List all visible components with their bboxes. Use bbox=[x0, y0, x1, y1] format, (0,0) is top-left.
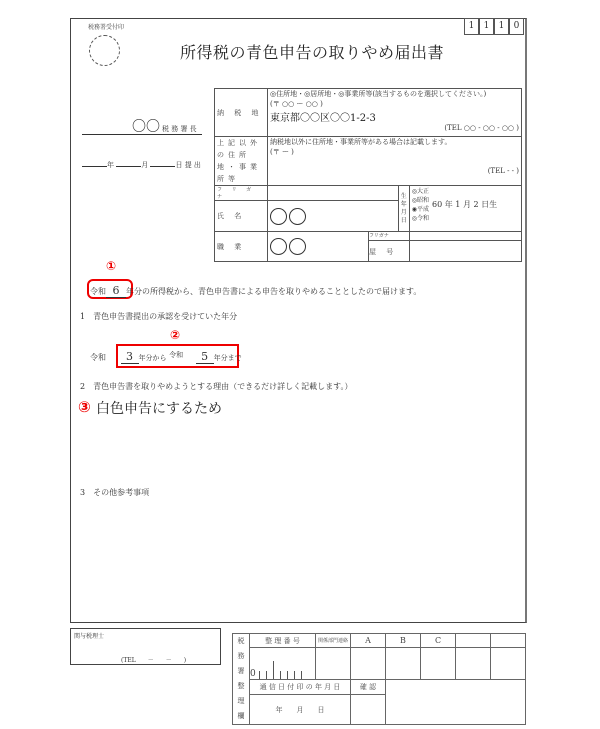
era-option[interactable]: ◎令和 bbox=[412, 213, 429, 222]
header-blank bbox=[491, 634, 526, 648]
form-code-digit: 1 bbox=[464, 18, 479, 35]
statement-line: 令和6年分の所得税から、青色申告書による申告を取りやめることとしたので届けます。 bbox=[90, 284, 421, 298]
tax-office-suffix: 税 務 署 長 bbox=[162, 124, 197, 134]
header-reference-number: 整 理 番 号 bbox=[250, 634, 316, 648]
other-address-field[interactable]: 納税地以外に住所地・事業所等がある場合は記載します。 (〒 ー ) (TEL -… bbox=[268, 137, 522, 186]
header-blank bbox=[456, 634, 491, 648]
shop-furigana-label: フリガナ bbox=[369, 232, 409, 241]
tax-office-name: 〇〇 bbox=[132, 116, 160, 136]
other-notes-field[interactable] bbox=[80, 500, 520, 615]
era-label: 令和 bbox=[90, 287, 106, 296]
from-suffix: 年分から bbox=[139, 354, 167, 362]
name-label: 氏 名 bbox=[215, 201, 268, 232]
address-options[interactable]: ◎住所地・◎居所地・◎事業所等(該当するものを選択してください。) bbox=[270, 89, 519, 99]
form-code-digit: 1 bbox=[494, 18, 509, 35]
year-from-input[interactable]: 3 bbox=[121, 350, 139, 364]
marker-1: ① bbox=[106, 259, 116, 273]
form-code-digit: 0 bbox=[509, 18, 524, 35]
form-title: 所得税の青色申告の取りやめ届出書 bbox=[180, 40, 444, 63]
year-label: 年 bbox=[107, 161, 114, 169]
occupation-label: 職 業 bbox=[215, 232, 268, 262]
section-2-heading: 2 青色申告書を取りやめようとする理由（できるだけ詳しく記載します。） bbox=[80, 381, 352, 392]
other-tel: (TEL - - ) bbox=[270, 167, 519, 175]
address-field[interactable]: ◎住所地・◎居所地・◎事業所等(該当するものを選択してください。) (〒 ○○ … bbox=[268, 89, 522, 137]
tel-value: (TEL ○○ - ○○ - ○○ ) bbox=[270, 124, 519, 132]
reason-input[interactable]: 白色申告にするため bbox=[96, 398, 222, 418]
accountant-label: 関与税理士 bbox=[74, 631, 104, 640]
stamp-label: 税務署受付印 bbox=[88, 22, 124, 31]
receipt-stamp bbox=[89, 35, 120, 66]
number-prefix: 0 bbox=[250, 669, 256, 679]
era-option[interactable]: ◎大正 bbox=[412, 186, 429, 195]
start-year-input[interactable]: 6 bbox=[106, 284, 126, 298]
other-address-note: 納税地以外に住所地・事業所等がある場合は記載します。 bbox=[270, 137, 519, 147]
department-field[interactable] bbox=[316, 648, 351, 680]
occupation-field[interactable] bbox=[268, 232, 369, 262]
blank-area bbox=[386, 680, 526, 725]
address-label: 納 税 地 bbox=[215, 89, 268, 137]
era-from: 令和 bbox=[90, 353, 106, 362]
birth-label: 生年月日 bbox=[398, 186, 409, 232]
name-field[interactable] bbox=[268, 201, 399, 232]
shop-label: 屋 号 bbox=[369, 241, 409, 257]
header-department: 関係部門連絡 bbox=[316, 634, 351, 648]
day-label: 日 提 出 bbox=[175, 161, 200, 169]
c-field[interactable] bbox=[421, 648, 456, 680]
to-suffix: 年分まで bbox=[214, 354, 242, 362]
shop-field[interactable] bbox=[409, 232, 521, 262]
birth-value: 60 年 1 月 2 日生 bbox=[432, 199, 497, 210]
blank-field[interactable] bbox=[491, 648, 526, 680]
header-b: B bbox=[386, 634, 421, 648]
other-address-label: 上記以外の住所地・事業所等 bbox=[215, 137, 268, 186]
approval-period: 令和 3年分から 令和 5年分まで bbox=[90, 350, 242, 364]
era-option[interactable]: ◎昭和 bbox=[412, 195, 429, 204]
office-use-table: 税務署整理欄 整 理 番 号 関係部門連絡 A B C 0 通 信 日 付 印 … bbox=[232, 633, 526, 725]
section-1-heading: 1 青色申告書提出の承認を受けていた年分 bbox=[80, 311, 237, 322]
era-option[interactable]: ◉平成 bbox=[412, 204, 429, 213]
accountant-tel: (TEL － － ) bbox=[121, 655, 186, 664]
postal-code: (〒 ○○ ー ○○ ) bbox=[270, 99, 519, 109]
taxpayer-info-table: 納 税 地 ◎住所地・◎居所地・◎事業所等(該当するものを選択してください。) … bbox=[214, 88, 522, 262]
date-stamp-field[interactable]: 年 月 日 bbox=[250, 695, 351, 725]
blank-field[interactable] bbox=[456, 648, 491, 680]
header-c: C bbox=[421, 634, 456, 648]
confirm-header: 確 認 bbox=[351, 680, 386, 695]
birthdate-field[interactable]: ◎大正 ◎昭和 ◉平成 ◎令和 60 年 1 月 2 日生 bbox=[409, 186, 521, 232]
confirm-field[interactable] bbox=[351, 695, 386, 725]
statement-text: 年分の所得税から、青色申告書による申告を取りやめることとしたので届けます。 bbox=[126, 287, 421, 296]
tax-office-field[interactable]: 〇〇 税 務 署 長 bbox=[82, 118, 202, 135]
submission-date[interactable]: 年 月 日 提 出 bbox=[82, 160, 201, 170]
accountant-box[interactable]: 関与税理士 (TEL － － ) bbox=[70, 628, 221, 665]
marker-3: ③ bbox=[78, 398, 91, 416]
b-field[interactable] bbox=[386, 648, 421, 680]
form-code-digit: 1 bbox=[479, 18, 494, 35]
address-value: 東京都〇〇区〇〇1-2-3 bbox=[270, 109, 519, 124]
reference-number-field[interactable]: 0 bbox=[250, 648, 316, 680]
office-use-side-label: 税務署整理欄 bbox=[233, 634, 250, 725]
date-stamp-header: 通 信 日 付 印 の 年 月 日 bbox=[250, 680, 351, 695]
other-postal: (〒 ー ) bbox=[270, 147, 519, 157]
a-field[interactable] bbox=[351, 648, 386, 680]
section-3-heading: 3 その他参考事項 bbox=[80, 487, 149, 498]
marker-2: ② bbox=[170, 328, 180, 342]
header-a: A bbox=[351, 634, 386, 648]
furigana-field[interactable] bbox=[268, 186, 399, 201]
month-label: 月 bbox=[141, 161, 148, 169]
year-to-input[interactable]: 5 bbox=[196, 350, 214, 364]
era-to: 令和 bbox=[169, 351, 183, 359]
furigana-label: フ リ ガ ナ bbox=[215, 186, 268, 201]
